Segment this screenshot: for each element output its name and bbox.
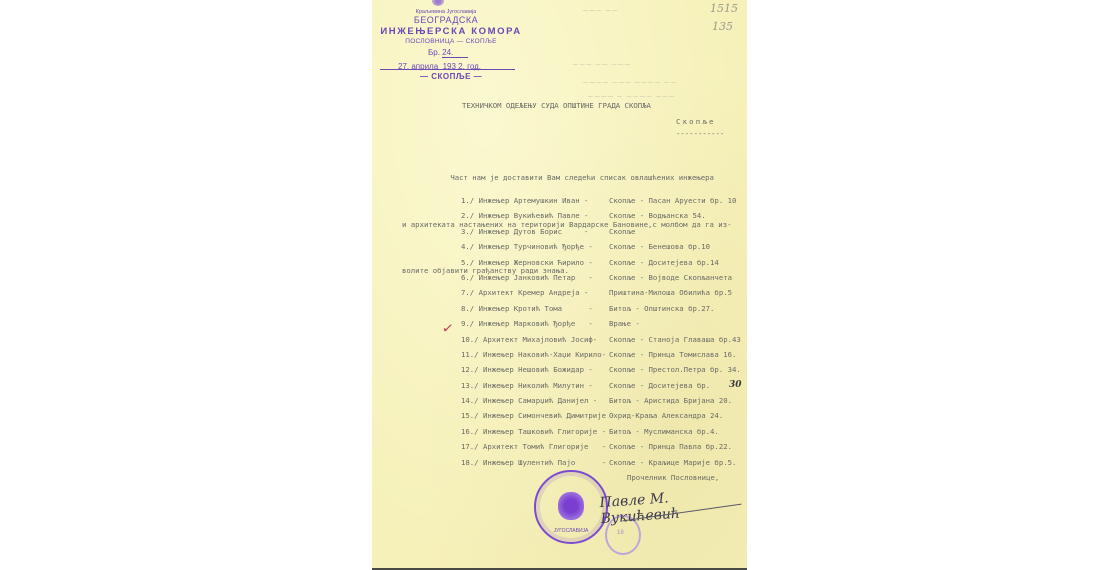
engineer-address: Врање - (609, 316, 640, 331)
entry-number: 18./ (461, 458, 479, 467)
engineer-entry: 14./ Инжењер Самарџић Данијел - (461, 393, 597, 408)
engineer-address: Скопље - Пасан Аруести бр. 10 (609, 193, 736, 208)
engineer-title-name: Инжењер Турчиновић Ђорђе - (479, 242, 593, 251)
entry-number: 13./ (461, 381, 479, 390)
chamber-seal-stamp: ЈУГОСЛАВИЈА (534, 470, 608, 544)
intro-line: Част нам је доставити Вам следећи списак… (402, 170, 731, 186)
engineer-address: Битољ - Аристида Бријана 20. (609, 393, 732, 408)
entry-number: 2./ (461, 211, 474, 220)
check-mark-icon: ✓ (441, 319, 455, 337)
entry-number: 8./ (461, 304, 474, 313)
secondary-stamp-number: 18 (617, 530, 624, 536)
faded-bleedthrough-mark: ~~~~ ~ ~~~~ ~~~ (587, 92, 675, 101)
entry-number: 16./ (461, 427, 479, 436)
letterhead-number: Бр. 24. (428, 48, 453, 57)
crown-emblem-icon (432, 0, 444, 6)
addressee: ТЕХНИЧКОМ ОДЕЉЕЊУ СУДА ОПШТИНЕ ГРАДА СКО… (462, 101, 651, 110)
entry-number: 1./ (461, 196, 474, 205)
engineer-title-name: Инжењер Марковић Ђорђе - (479, 319, 593, 328)
engineer-address: Скопље - Краљице Марије бр.5. (609, 455, 736, 470)
engineer-address: Скопље (609, 224, 635, 239)
engineer-address: Скопље - Доситејева бр. (609, 378, 710, 393)
seal-emblem-icon (558, 492, 584, 520)
engineer-entry: 11./ Инжењер Наковић-Хаџи Кирило- (461, 347, 606, 362)
entry-number: 17./ (461, 442, 479, 451)
entry-number: 14./ (461, 396, 479, 405)
engineer-entry: 7./ Архитект Кремер Андреја - (461, 285, 588, 300)
closing-title: Прочелник Пословнице, (627, 473, 719, 482)
faded-bleedthrough-mark: ~~~~ ~~~ ~~~~ ~~ (582, 78, 677, 87)
engineer-address: Скопље - Бенешова бр.10 (609, 239, 710, 254)
letterhead-chamber: ИНЖЕЊЕРСКА КОМОРА (376, 26, 526, 37)
engineer-entry: 5./ Инжењер Жерновски Ћирило - (461, 255, 593, 270)
engineer-entry: 15./ Инжењер Симончевић Димитрије - (461, 408, 615, 423)
number-underline (442, 57, 468, 58)
entry-number: 6./ (461, 273, 474, 282)
engineer-title-name: Инжењер Симончевић Димитрије - (483, 411, 615, 420)
entry-number: 5./ (461, 258, 474, 267)
engineer-title-name: Инжењер Самарџић Данијел - (483, 396, 597, 405)
engineer-entry: 2./ Инжењер Вукићевић Павле - (461, 208, 588, 223)
date-underline (380, 69, 515, 70)
engineer-address: Битољ - Муслиманска бр.4. (609, 424, 719, 439)
engineer-entry: 6./ Инжењер Јанковић Петар - (461, 270, 593, 285)
engineer-entry: 17./ Архитект Томић Глигорије - (461, 439, 606, 454)
seal-inner-text: ЈУГОСЛАВИЈА (540, 528, 602, 534)
faded-bleedthrough-mark: ~~~ ~~ ~~~ (572, 60, 631, 69)
engineer-entry: 13./ Инжењер Николић Милутин - (461, 378, 593, 393)
engineer-address: Битољ - Општинска бр.27. (609, 301, 714, 316)
engineer-title-name: Инжењер Нешовић Божидар - (483, 365, 593, 374)
engineer-address: Скопље - Војводе Скопљанчета (609, 270, 732, 285)
letterhead-place: — СКОПЉЕ — (420, 72, 482, 81)
addressee-city-underline: ----------- (676, 129, 724, 138)
engineer-address: Скопље - Водњанска 54. (609, 208, 706, 223)
entry-number: 4./ (461, 242, 474, 251)
engineer-entry: 18./ Инжењер Шулентић Пајо - (461, 455, 606, 470)
engineer-title-name: Инжењер Николић Милутин - (483, 381, 593, 390)
engineer-title-name: Инжењер Жерновски Ћирило - (479, 258, 593, 267)
entry-number: 7./ (461, 288, 474, 297)
entry-number: 15./ (461, 411, 479, 420)
entry-number: 3./ (461, 227, 474, 236)
engineer-entry: 4./ Инжењер Турчиновић Ђорђе - (461, 239, 593, 254)
scanned-document-page: Краљевина Југославија БЕОГРАДСКА ИНЖЕЊЕР… (372, 0, 747, 568)
engineer-address: Скопље - Станоја Главаша бр.43 (609, 332, 741, 347)
engineer-title-name: Инжењер Дутов Борис - (479, 227, 589, 236)
engineer-entry: 8./ Инжењер Кротић Тома - (461, 301, 593, 316)
engineer-title-name: Инжењер Вукићевић Павле - (479, 211, 589, 220)
engineer-entry: 12./ Инжењер Нешовић Божидар - (461, 362, 593, 377)
engineer-address: Скопље - Принца Томислава 16. (609, 347, 736, 362)
handwritten-number-2: 135 (712, 20, 733, 33)
engineer-title-name: Инжењер Кротић Тома - (479, 304, 593, 313)
engineer-entry: 1./ Инжењер Артемушкин Иван - (461, 193, 588, 208)
engineer-title-name: Архитект Михајловић Јосиф- (483, 335, 597, 344)
handwritten-number-1: 1515 (710, 2, 738, 15)
engineer-address: Скопље - Доситејева бр.14 (609, 255, 719, 270)
faded-bleedthrough-mark: ~~~ ~~ (582, 6, 618, 15)
engineer-address: Скопље - Престол.Петра бр. 34. (609, 362, 741, 377)
engineer-entry: 16./ Инжењер Ташковић Глигорије - (461, 424, 606, 439)
entry-number: 11./ (461, 350, 479, 359)
engineer-title-name: Архитект Кремер Андреја - (479, 288, 589, 297)
letterhead-city: БЕОГРАДСКА (396, 15, 496, 25)
addressee-city: Скопље (676, 117, 716, 126)
engineer-title-name: Инжењер Артемушкин Иван - (479, 196, 589, 205)
engineer-title-name: Инжењер Ташковић Глигорије - (483, 427, 606, 436)
handwritten-number-correction: 30 (729, 378, 742, 393)
entry-number: 10./ (461, 335, 479, 344)
entry-number: 12./ (461, 365, 479, 374)
engineer-entry: 10./ Архитект Михајловић Јосиф- (461, 332, 597, 347)
engineer-title-name: Инжењер Шулентић Пајо - (483, 458, 606, 467)
engineer-address: Приштина-Милоша Обилића бр.5 (609, 285, 732, 300)
engineer-address: Скопље - Принца Павла бр.22. (609, 439, 732, 454)
engineer-entry: 9./ Инжењер Марковић Ђорђе - (461, 316, 593, 331)
engineer-title-name: Архитект Томић Глигорије - (483, 442, 606, 451)
entry-number: 9./ (461, 319, 474, 328)
engineer-entry: 3./ Инжењер Дутов Борис - (461, 224, 588, 239)
engineer-address: Охрид-Краља Александра 24. (609, 408, 723, 423)
engineer-title-name: Инжењер Јанковић Петар - (479, 273, 593, 282)
letterhead-branch: ПОСЛОВНИЦА — СКОПЉЕ (396, 38, 506, 45)
engineer-title-name: Инжењер Наковић-Хаџи Кирило- (483, 350, 606, 359)
